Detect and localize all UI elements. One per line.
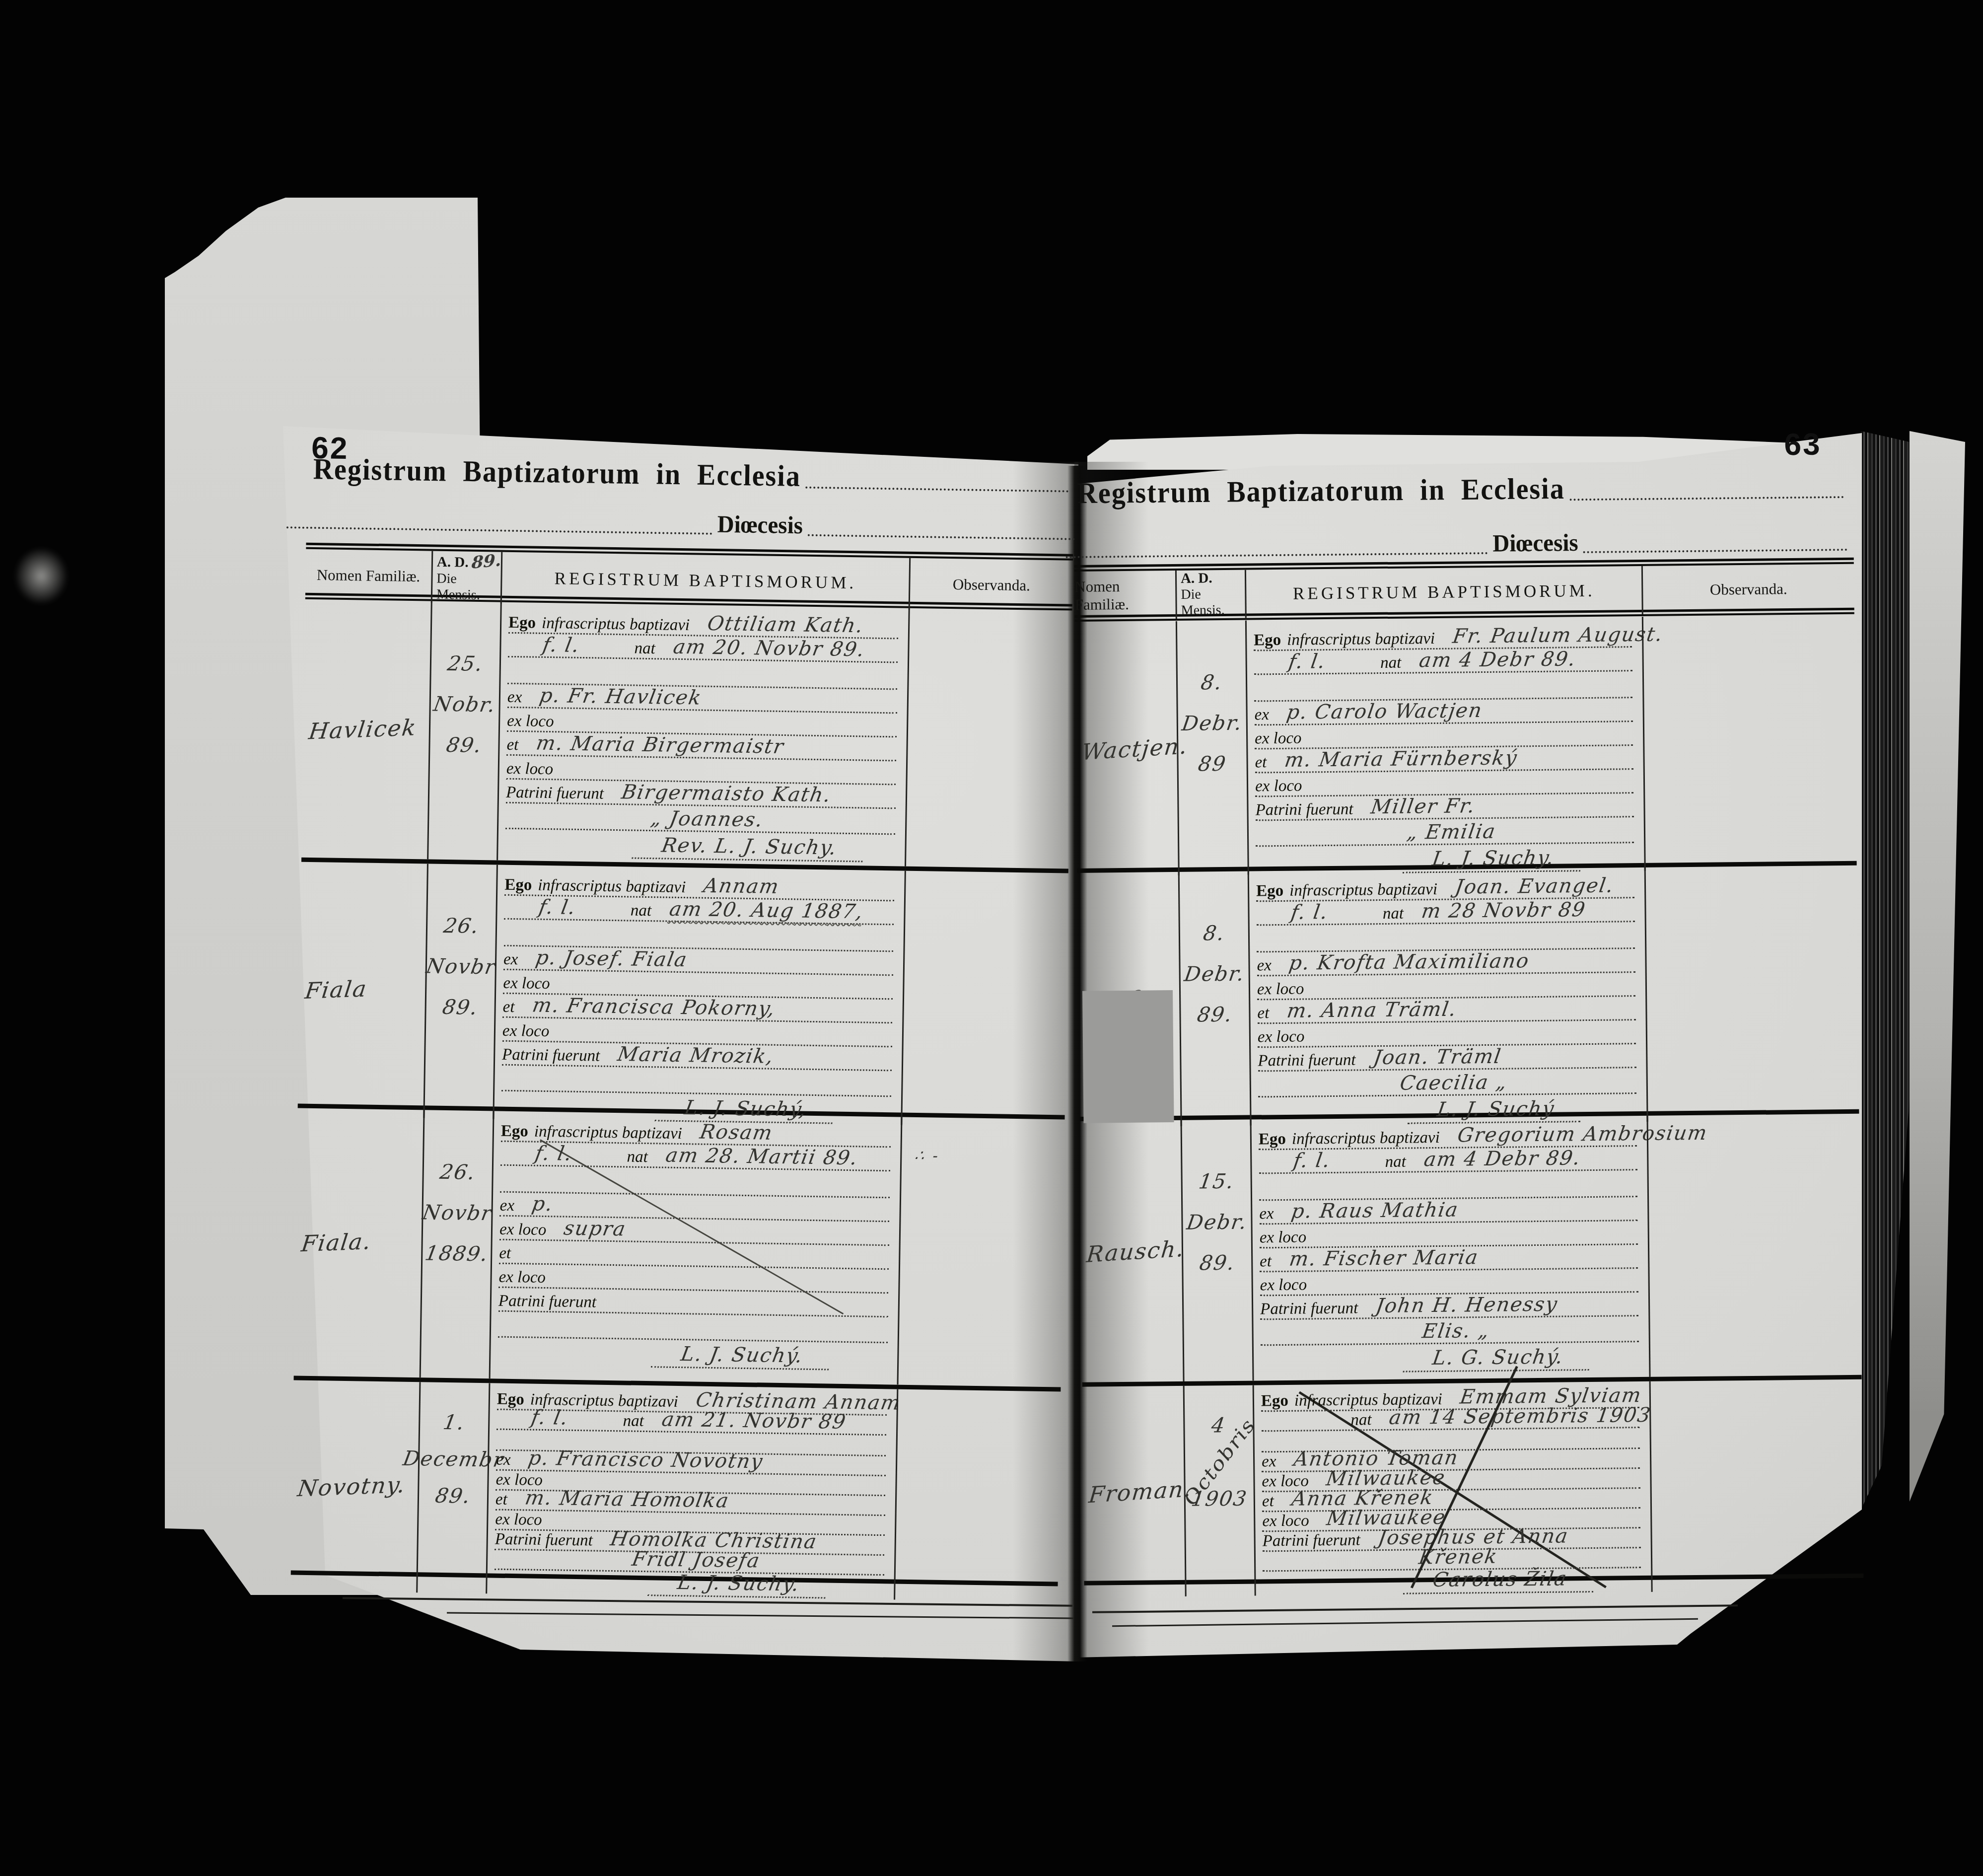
label-infrascriptus: infrascriptus baptizavi	[538, 876, 686, 897]
entry-day: 1.	[441, 1410, 467, 1435]
baptism-entry: Wactjen. 8. Debr. 89 Ego infrascriptus b…	[1075, 615, 1857, 873]
label-et: et	[1257, 1004, 1269, 1022]
diocesis-blank-right	[808, 534, 1075, 540]
registrum-cell: Ego infrascriptus baptizavi Rosam f. l. …	[489, 1111, 901, 1384]
entry-year: 89	[1197, 752, 1228, 776]
sponsor-1: Joan. Träml	[1372, 1045, 1503, 1070]
diocesis-row: Diœcesis	[1065, 527, 1847, 561]
birth-date: am 28. Martii 89.	[664, 1144, 860, 1170]
sponsor-2: Caecilia „	[1398, 1071, 1509, 1095]
label-ex: ex	[507, 688, 522, 707]
observanda-cell	[1642, 615, 1857, 871]
baptized-name: Annam	[702, 874, 781, 898]
birth-date: am 20. Novbr 89.	[671, 636, 866, 661]
label-ex-loco: ex loco	[1257, 980, 1304, 999]
label-ego: Ego	[1254, 631, 1281, 650]
registrum-cell: Ego infrascriptus baptizavi Joan. Evange…	[1248, 867, 1647, 1126]
family-name: Havlicek	[307, 715, 418, 745]
title-row: Registrum Baptizatorum in Ecclesia	[313, 453, 1071, 497]
label-infrascriptus: infrascriptus baptizavi	[1287, 630, 1435, 649]
col-header-registrum: REGISTRUM BAPTISMORUM.	[500, 552, 909, 610]
sponsor-2: Elis. „	[1420, 1319, 1491, 1343]
entries-right: Wactjen. 8. Debr. 89 Ego infrascriptus b…	[1075, 615, 1864, 1586]
label-ex-loco: ex loco	[503, 974, 550, 993]
line-father-place: ex loco	[1255, 722, 1633, 749]
page-right-content: 63 Registrum Baptizatorum in Ecclesia Di…	[1065, 453, 1866, 1662]
label-ego: Ego	[501, 1122, 529, 1141]
label-infrascriptus: infrascriptus baptizavi	[1289, 880, 1437, 900]
label-patrini: Patrini fuerunt	[1260, 1299, 1358, 1319]
label-ex: ex	[499, 1197, 514, 1215]
label-ex-loco-2: ex loco	[502, 1022, 550, 1041]
entry-day: 15.	[1197, 1169, 1236, 1194]
date-cell: 1. Decembr 89.	[416, 1382, 489, 1593]
label-infrascriptus: infrascriptus baptizavi	[542, 614, 690, 635]
father-place: supra	[562, 1217, 628, 1241]
label-nat: nat	[1380, 654, 1402, 672]
line-father: ex p. Krofta Maximiliano	[1257, 949, 1635, 976]
line-father: ex p. Carolo Wactjen	[1254, 698, 1632, 725]
entry-month: Novbr	[421, 1200, 494, 1225]
redaction-box	[1082, 990, 1174, 1123]
legitimacy-note: f. l.	[533, 1142, 574, 1165]
baptism-entry: Fiala. 26. Novbr 1889. Ego infrascriptus…	[293, 1108, 1064, 1392]
baptized-name: Rosam	[698, 1121, 775, 1145]
col-header-date: A. D. Die Mensis.	[1175, 570, 1245, 619]
mother-name: m. Anna Träml.	[1285, 998, 1458, 1022]
priest-signature: L. J. Suchy.	[647, 1571, 829, 1598]
line-mother: et m. Anna Träml.	[1257, 997, 1635, 1024]
entry-day: 8.	[1202, 921, 1226, 945]
father-name: p. Carolo Wactjen	[1285, 699, 1485, 724]
line-blank	[1259, 1170, 1637, 1201]
observanda-cell: ∴ -	[897, 1117, 1064, 1387]
label-patrini: Patrini fuerunt	[498, 1292, 597, 1312]
title-row: Registrum Baptizatorum in Ecclesia	[1077, 470, 1846, 509]
nomen-cell: Krofta.	[1077, 872, 1181, 1127]
label-ego: Ego	[504, 876, 532, 895]
line-birth: f. l. nat am 4 Debr 89.	[1259, 1147, 1637, 1174]
label-ego: Ego	[1256, 882, 1283, 901]
label-ego: Ego	[1261, 1392, 1288, 1411]
label-et: et	[1255, 753, 1267, 772]
entry-year: 89.	[433, 1484, 473, 1508]
line-mother-place: ex loco	[1258, 1020, 1636, 1048]
line-sponsors: Patrini fuerunt Miller Fr.	[1255, 794, 1633, 821]
date-cell: 26. Novbr 1889.	[420, 1110, 493, 1378]
line-birth: f. l. nat am 4 Debr 89.	[1254, 648, 1632, 675]
handwritten-year: 89.	[471, 551, 501, 573]
nomen-cell: Fiala.	[294, 1108, 424, 1378]
mother-name: m. Fischer Maria	[1288, 1246, 1480, 1271]
entry-year: 89.	[1196, 1003, 1234, 1027]
father-name: p. Raus Mathia	[1290, 1199, 1460, 1223]
line-mother: et m. Fischer Maria	[1260, 1245, 1638, 1272]
label-ex-loco: ex loco	[1260, 1228, 1307, 1247]
observanda-cell	[1649, 1379, 1864, 1592]
line-signature: L. J. Suchý.	[497, 1338, 888, 1371]
entry-month: Nobr.	[432, 692, 498, 717]
birth-date: am 14 Septembris 1903	[1388, 1404, 1653, 1429]
label-ego: Ego	[1259, 1130, 1286, 1149]
family-name: Rausch.	[1085, 1235, 1186, 1267]
line-father-place: ex loco	[1260, 1221, 1638, 1248]
birth-date: am 4 Debr 89.	[1417, 648, 1577, 672]
mother-name: m. Maria Birgermaistr	[534, 732, 786, 758]
family-name: Fiala.	[300, 1228, 373, 1257]
label-ex-loco-2: ex loco	[1260, 1276, 1307, 1295]
registrum-cell: Ego infrascriptus baptizavi Fr. Paulum A…	[1245, 617, 1644, 875]
date-cell: 8. Debr. 89.	[1178, 871, 1250, 1126]
col-header-date: A. D.89. Die Mensis.	[431, 551, 501, 603]
label-nat: nat	[623, 1412, 644, 1431]
line-baptized: Ego infrascriptus baptizavi Fr. Paulum A…	[1254, 624, 1632, 651]
label-ex-loco-2: ex loco	[498, 1268, 546, 1287]
line-father-place: ex loco	[1257, 973, 1635, 1000]
line-signature: L. G. Suchý.	[1261, 1342, 1639, 1373]
sponsor-2: Křenek	[1417, 1545, 1499, 1569]
table-header: Nomen Familiæ. A. D.89. Die Mensis. REGI…	[305, 543, 1073, 611]
date-cell: 25. Nobr. 89.	[427, 601, 500, 860]
label-nat: nat	[1350, 1411, 1372, 1429]
entry-month: Novbr	[424, 954, 497, 979]
label-ex: ex	[503, 950, 518, 969]
diocesis-label: Diœcesis	[1492, 529, 1578, 558]
label-nat: nat	[631, 901, 652, 920]
register-title: Registrum Baptizatorum in Ecclesia	[313, 452, 801, 494]
family-name: Novotny.	[296, 1471, 407, 1502]
label-ex: ex	[1255, 706, 1270, 724]
priest-signature: Carolus Žila	[1403, 1567, 1597, 1594]
label-ex-loco-2: ex loco	[1255, 777, 1302, 796]
entry-year: 1903	[1190, 1487, 1249, 1511]
legitimacy-note: f. l.	[1289, 901, 1330, 924]
baptism-entry: Fiala 26. Novbr 89. Ego infrascriptus ba…	[298, 862, 1068, 1120]
legitimacy-note: f. l.	[529, 1406, 570, 1430]
father-name: p.	[530, 1193, 555, 1216]
label-ex: ex	[1259, 1205, 1274, 1223]
label-ego: Ego	[508, 614, 536, 633]
label-nat: nat	[634, 640, 655, 658]
label-ex-loco-2: ex loco	[1262, 1512, 1309, 1530]
nomen-cell: Froman.	[1082, 1386, 1185, 1597]
label-ex-loco-2: ex loco	[495, 1511, 542, 1529]
baptized-name: Ottiliam Kath.	[706, 612, 865, 638]
title-blank-line	[1570, 496, 1844, 501]
registrum-cell: Ego infrascriptus baptizavi Emmam Sylvia…	[1253, 1381, 1651, 1596]
father-name: p. Krofta Maximiliano	[1287, 949, 1531, 975]
page-stack-edge	[1861, 431, 1911, 1543]
label-ex: ex	[496, 1451, 511, 1469]
father-name: p. Francisco Novotny	[527, 1447, 766, 1473]
paper-speck	[4, 536, 78, 616]
entries-left: Havlicek 25. Nobr. 89. Ego infrascriptus…	[291, 600, 1072, 1587]
baptism-entry: Froman. 4 Octobris 1903 Ego infrascriptu…	[1082, 1379, 1864, 1586]
entry-day: 26.	[442, 914, 482, 938]
line-sponsor-2: Caecilia „	[1258, 1068, 1636, 1097]
observanda-cell	[1644, 866, 1859, 1122]
birth-date: am 21. Novbr 89	[660, 1408, 848, 1434]
sponsor-2: „ Emilia	[1405, 820, 1497, 844]
line-birth: f. l. nat m 28 Novbr 89	[1256, 898, 1634, 926]
label-ex-loco: ex loco	[1255, 729, 1302, 748]
registrum-cell: Ego infrascriptus baptizavi Annam f. l. …	[493, 865, 905, 1125]
label-patrini: Patrini fuerunt	[495, 1530, 593, 1550]
mother-name: m. Maria Fürnberský	[1283, 746, 1519, 772]
line-baptized: Ego infrascriptus baptizavi Gregorium Am…	[1259, 1123, 1637, 1150]
label-et: et	[499, 1244, 511, 1263]
label-et: et	[496, 1491, 507, 1509]
entry-day: 8.	[1199, 670, 1224, 694]
col-header-nomen: Nomen Familiæ.	[1074, 571, 1176, 620]
label-et: et	[1262, 1492, 1274, 1511]
legitimacy-note: f. l.	[537, 896, 578, 919]
registrum-cell: Ego infrascriptus baptizavi Ottiliam Kat…	[496, 603, 909, 866]
label-nat: nat	[627, 1148, 648, 1166]
label-ex-loco-2: ex loco	[506, 760, 554, 779]
registrum-cell: Ego infrascriptus baptizavi Christinam A…	[486, 1383, 897, 1599]
label-ex-loco-2: ex loco	[1258, 1028, 1305, 1047]
priest-signature: L. G. Suchý.	[1403, 1345, 1593, 1372]
register-title: Registrum Baptizatorum in Ecclesia	[1077, 472, 1565, 511]
family-name: Wactjen.	[1080, 732, 1189, 765]
mother-name: m. Maria Homolka	[523, 1487, 731, 1513]
label-nat: nat	[1385, 1153, 1407, 1171]
entry-day: 4	[1210, 1413, 1227, 1437]
baptized-name: Fr. Paulum August.	[1451, 623, 1665, 648]
label-ex: ex	[1262, 1452, 1276, 1471]
observanda-cell	[901, 871, 1068, 1128]
label-patrini: Patrini fuerunt	[1258, 1051, 1355, 1071]
label-patrini: Patrini fuerunt	[502, 1046, 600, 1066]
nomen-cell: Fiala	[297, 862, 427, 1118]
sponsor-1: Miller Fr.	[1369, 794, 1477, 818]
birth-date: m 28 Novbr 89	[1420, 898, 1587, 923]
line-blank	[1257, 922, 1635, 952]
label-ego: Ego	[497, 1390, 525, 1409]
birth-date: am 20. Aug 1887,	[667, 898, 865, 924]
observanda-cell	[905, 609, 1072, 869]
label-infrascriptus: infrascriptus baptizavi	[534, 1123, 682, 1143]
col-header-observanda: Observanda.	[1641, 564, 1854, 614]
label-ex-loco: ex loco	[507, 712, 554, 731]
nomen-cell: Rausch.	[1080, 1120, 1183, 1382]
entry-month: Debr.	[1183, 962, 1247, 986]
line-signature: Carolus Žila	[1263, 1568, 1641, 1595]
family-name: Fiala	[304, 975, 369, 1004]
entry-month: Debr.	[1185, 1210, 1249, 1234]
sponsor-2: „ Joannes.	[649, 807, 765, 831]
table-header: Nomen Familiæ. A. D. Die Mensis. REGISTR…	[1074, 558, 1854, 622]
baptism-entry: Havlicek 25. Nobr. 89. Ego infrascriptus…	[301, 600, 1072, 873]
baptism-entry: Novotny. 1. Decembr 89. Ego infrascriptu…	[291, 1380, 1061, 1587]
label-ex-loco: ex loco	[499, 1221, 547, 1239]
diocesis-row: Diœcesis	[286, 505, 1075, 543]
label-et: et	[502, 998, 514, 1016]
sponsor-2: Fridl Josefa	[630, 1548, 762, 1573]
label-infrascriptus: infrascriptus baptizavi	[1292, 1129, 1440, 1149]
nomen-cell: Novotny.	[290, 1380, 419, 1593]
label-et: et	[506, 736, 518, 754]
line-mother: et m. Maria Fürnberský	[1255, 746, 1633, 773]
entry-year: 89.	[1198, 1251, 1237, 1275]
family-name: Froman.	[1087, 1475, 1193, 1508]
legitimacy-note: f. l.	[1292, 1149, 1332, 1172]
sponsor-1: Birgermaisto Kath.	[620, 781, 833, 806]
nomen-cell: Wactjen.	[1075, 621, 1178, 876]
page-number: 63	[1784, 427, 1822, 462]
legitimacy-note: f. l.	[541, 634, 582, 657]
label-nat: nat	[1383, 905, 1404, 923]
date-cell: 8. Debr. 89	[1176, 621, 1248, 875]
label-et: et	[1260, 1252, 1272, 1271]
nomen-cell: Havlicek	[301, 600, 431, 860]
col-header-observanda: Observanda.	[909, 558, 1073, 612]
father-name: p. Josef. Fiala	[534, 946, 689, 971]
line-mother-place: ex loco	[1255, 770, 1633, 797]
baptism-entry: Rausch. 15. Debr. 89. Ego infrascriptus …	[1080, 1114, 1862, 1387]
priest-signature: Rev. L. J. Suchy.	[632, 834, 867, 863]
line-signature: L. J. Suchy.	[494, 1570, 884, 1600]
mother-name: m. Francisca Pokorny,	[531, 994, 778, 1020]
entry-day: 25.	[446, 651, 486, 676]
sponsor-1: Maria Mrozik,	[616, 1043, 776, 1068]
line-mother-place: ex loco	[1260, 1269, 1638, 1296]
diocesis-blank-right	[1583, 549, 1847, 553]
line-signature: Rev. L. J. Suchy.	[505, 829, 895, 863]
date-cell: 15. Debr. 89.	[1181, 1120, 1253, 1381]
line-father: ex p. Raus Mathia	[1259, 1197, 1637, 1225]
line-sponsors: Patrini fuerunt Joan. Träml	[1258, 1044, 1636, 1072]
line-blank	[1254, 671, 1632, 702]
baptized-name: Joan. Evangel.	[1454, 874, 1616, 899]
scanned-register-photo: 62 Registrum Baptizatorum in Ecclesia Di…	[0, 0, 1983, 1876]
diocesis-blank-left	[286, 526, 712, 535]
entry-month: Debr.	[1180, 711, 1244, 735]
label-ex: ex	[1257, 956, 1272, 975]
diocesis-blank-left	[1066, 552, 1488, 558]
line-baptized: Ego infrascriptus baptizavi Joan. Evange…	[1256, 874, 1634, 902]
line-sponsors: Patrini fuerunt John H. Henessy	[1260, 1293, 1638, 1320]
legitimacy-note: f. l.	[1287, 650, 1327, 673]
entry-year: 89.	[440, 995, 480, 1019]
label-patrini: Patrini fuerunt	[1262, 1531, 1360, 1551]
entry-day: 26.	[438, 1160, 478, 1184]
label-patrini: Patrini fuerunt	[1255, 800, 1353, 820]
observanda-cell	[1646, 1114, 1861, 1377]
label-patrini: Patrini fuerunt	[506, 784, 604, 803]
priest-signature: L. J. Suchý.	[651, 1342, 833, 1370]
sponsor-1: John H. Henessy	[1374, 1293, 1559, 1318]
col-header-nomen: Nomen Familiæ.	[305, 549, 432, 603]
observanda-mark: ∴ -	[913, 1147, 941, 1165]
diocesis-label: Diœcesis	[717, 510, 803, 540]
baptism-entry: Krofta. 8. Debr. 89. Ego infrascriptus b…	[1077, 866, 1859, 1121]
title-blank-line	[806, 487, 1069, 493]
entry-year: 1889.	[423, 1241, 491, 1266]
page-stack-outer-edge	[1910, 431, 1965, 1523]
date-cell: 26. Novbr 89.	[423, 864, 496, 1119]
date-cell: 4 Octobris 1903	[1183, 1385, 1255, 1596]
line-sponsor-2: Elis. „	[1260, 1316, 1638, 1346]
observanda-cell	[894, 1389, 1061, 1602]
father-name: p. Fr. Havlicek	[538, 684, 704, 710]
line-sponsor-2: „ Emilia	[1256, 817, 1634, 847]
entry-year: 89.	[444, 733, 484, 757]
birth-date: am 4 Debr 89.	[1422, 1147, 1582, 1171]
page-left-content: 62 Registrum Baptizatorum in Ecclesia Di…	[265, 426, 1078, 1673]
registrum-cell: Ego infrascriptus baptizavi Gregorium Am…	[1250, 1116, 1649, 1381]
col-header-registrum: REGISTRUM BAPTISMORUM.	[1245, 566, 1642, 618]
